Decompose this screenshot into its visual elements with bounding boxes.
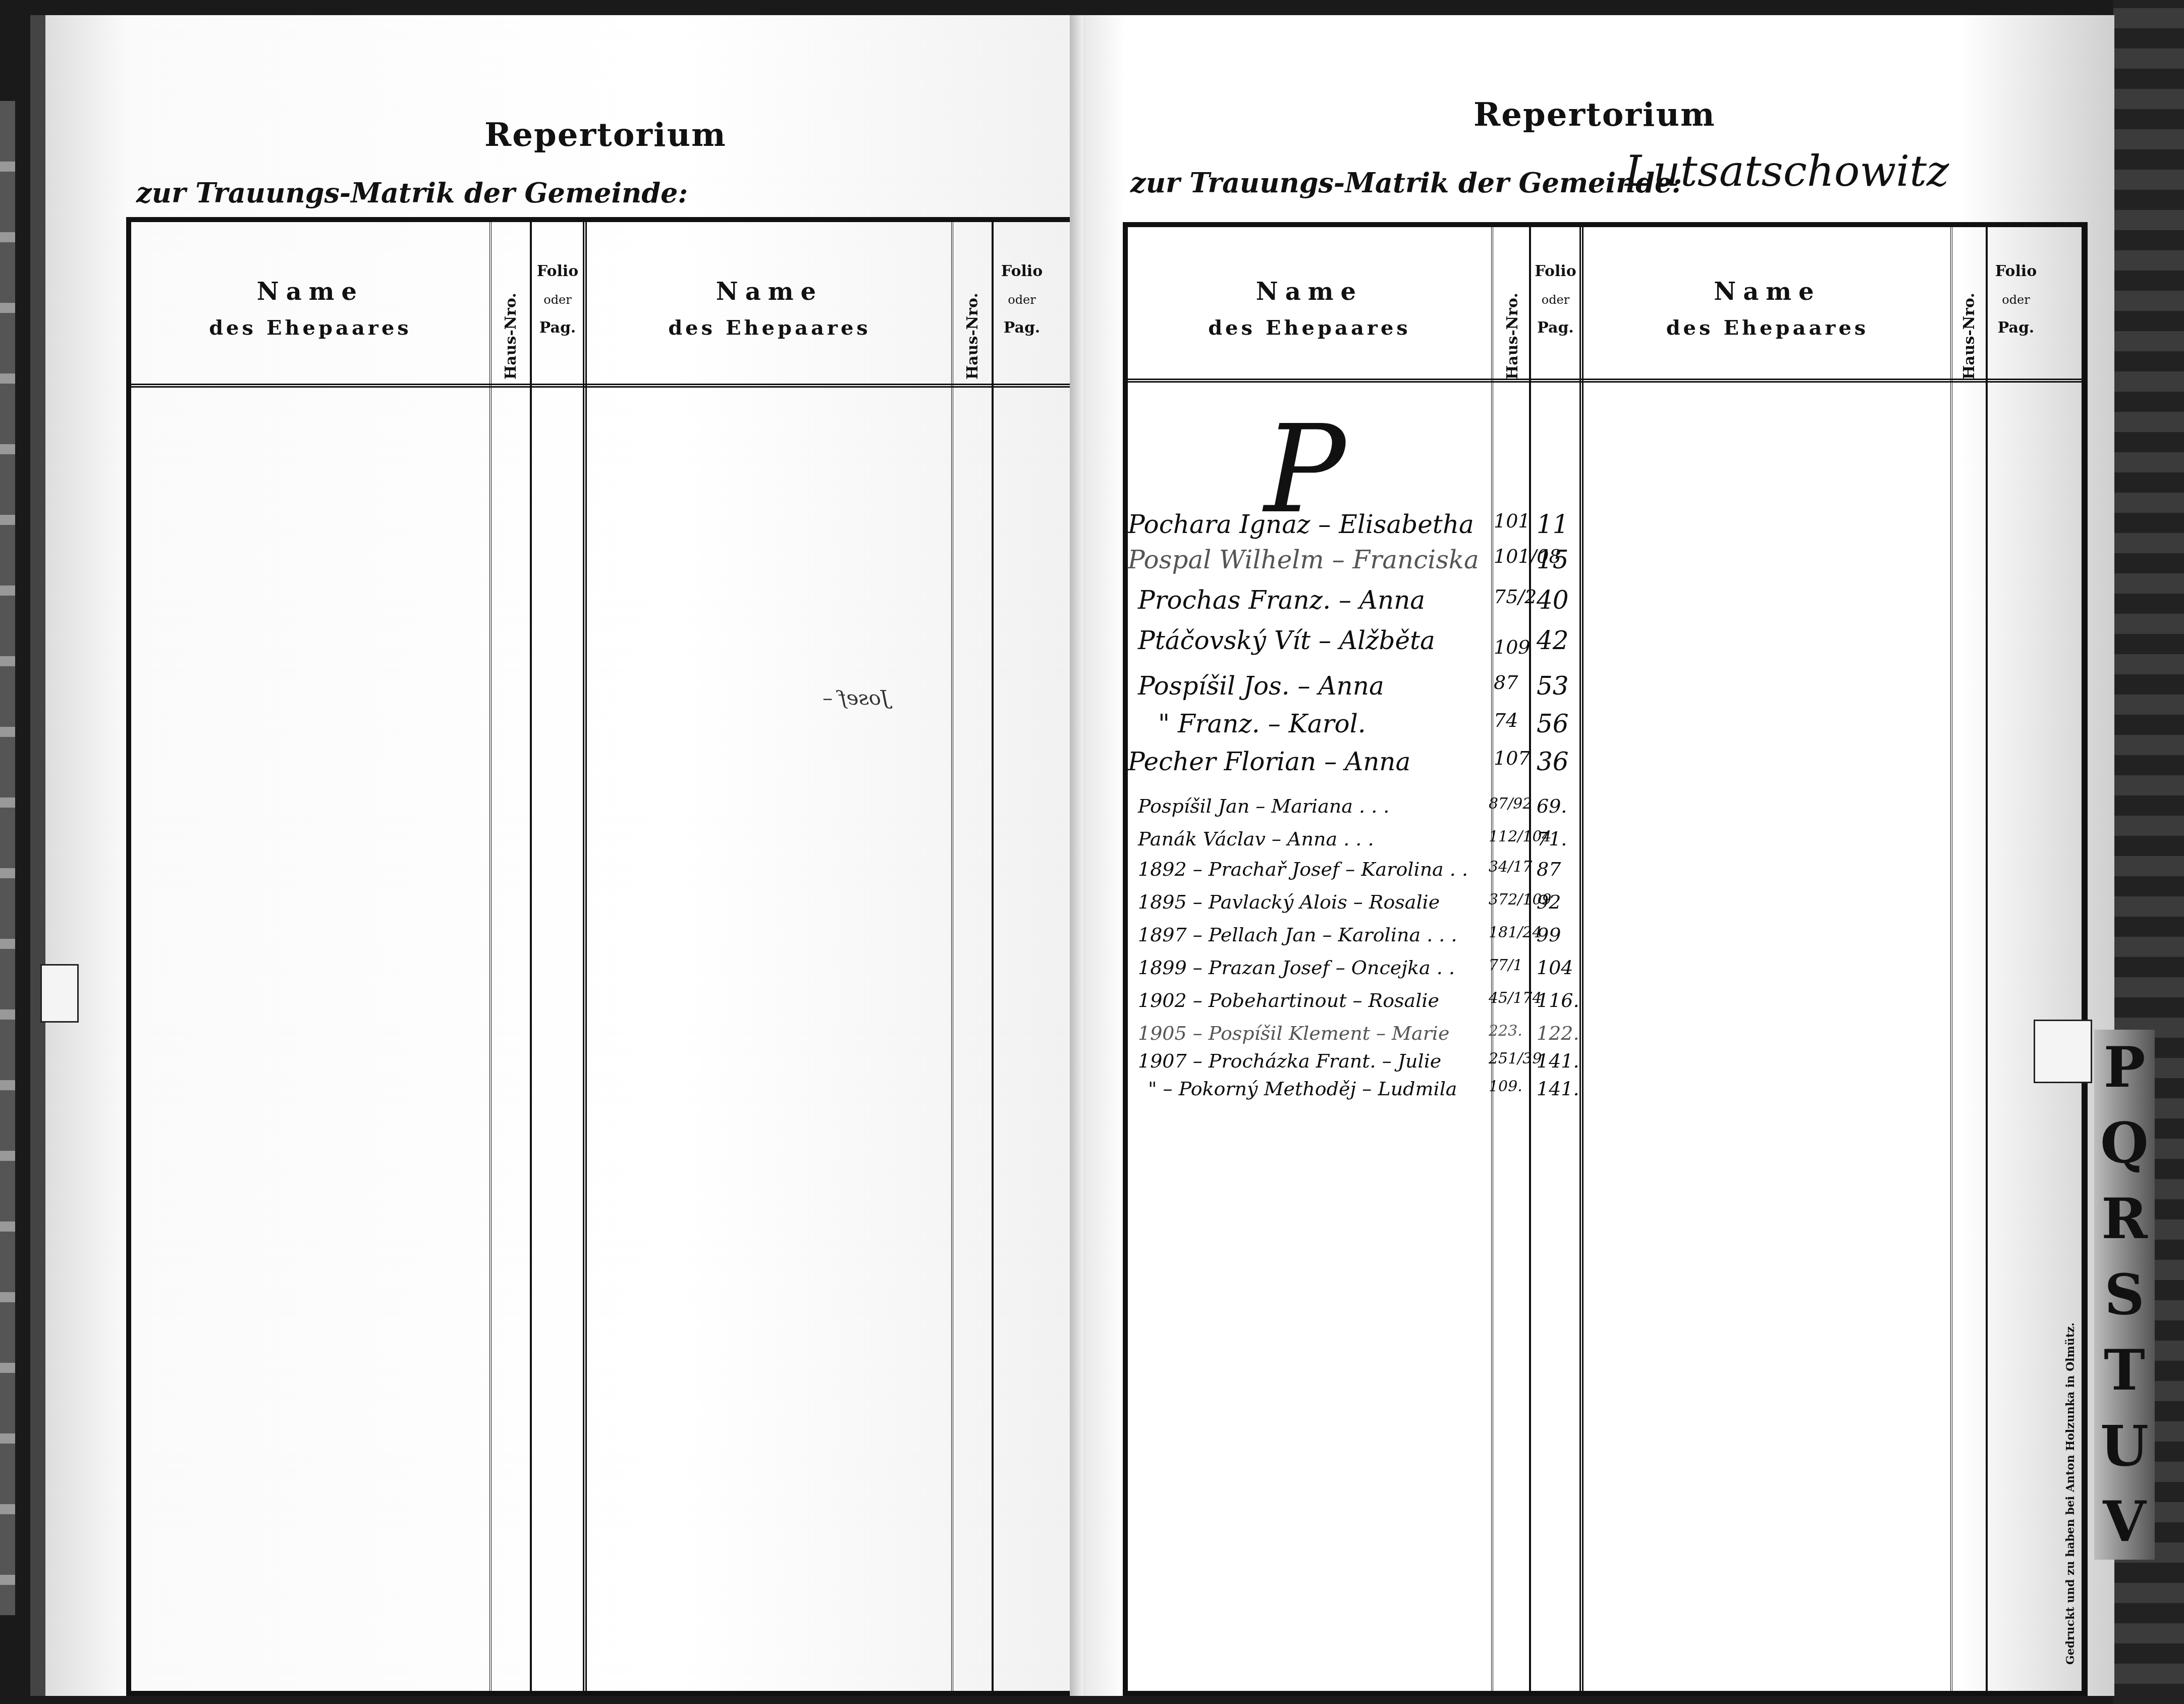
column-header-folio-2: Folio oder Pag. (1988, 257, 2044, 342)
column-header-haus: Haus-Nro. (502, 293, 520, 380)
printer-imprint: Gedruckt und zu haben bei Anton Holzunka… (2064, 1322, 2077, 1665)
col-divider (1529, 227, 1531, 1691)
entry-folio: 99 (1537, 924, 1561, 946)
entry-name: 1892 – Prachař Josef – Karolina . . (1138, 858, 1468, 880)
alphabet-index-tabs: P Q R S T U V (2094, 1030, 2155, 1560)
oder-label: oder (532, 286, 583, 314)
header-name-sublabel: des Ehepaares (1128, 316, 1491, 340)
entry-name: 1902 – Pobehartinout – Rosalie (1138, 989, 1439, 1011)
pag-label: Pag. (532, 314, 583, 342)
left-page: Repertorium zur Trauungs-Matrik der Geme… (30, 15, 1100, 1696)
bleed-through-text: Josef – (823, 686, 889, 710)
page-title: Repertorium (484, 116, 727, 154)
folio-label: Folio (1988, 257, 2044, 286)
entry-folio: 92 (1537, 891, 1561, 913)
header-name-label: Name (1585, 278, 1950, 306)
entry-folio: 36 (1537, 747, 1569, 776)
oder-label: oder (994, 286, 1050, 314)
col-divider (583, 222, 590, 1691)
entry-haus: 75/2 (1494, 585, 1537, 608)
col-divider (1579, 227, 1587, 1691)
left-book-edge (0, 101, 15, 1615)
entry-haus: 109. (1489, 1078, 1522, 1095)
index-tab-p[interactable]: P (2094, 1030, 2155, 1105)
entry-haus: 34/17 (1489, 858, 1532, 876)
entry-name: Pospal Wilhelm – Franciska (1128, 545, 1479, 574)
entry-folio: 122. (1537, 1022, 1579, 1044)
header-name-sublabel: des Ehepaares (131, 316, 489, 340)
register-table: Name des Ehepaares Haus-Nro. Folio oder … (1123, 222, 2088, 1696)
oder-label: oder (1988, 286, 2044, 314)
pag-label: Pag. (994, 314, 1050, 342)
column-header-name-2: Name des Ehepaares (1585, 278, 1950, 340)
column-header-name: Name des Ehepaares (1128, 278, 1491, 340)
folio-label: Folio (994, 257, 1050, 286)
entry-haus: 101 (1494, 510, 1531, 532)
header-name-sublabel: des Ehepaares (588, 316, 951, 340)
entry-name: 1905 – Pospíšil Klement – Marie (1138, 1022, 1449, 1044)
entry-haus: 109 (1494, 636, 1531, 658)
entry-name: 1895 – Pavlacký Alois – Rosalie (1138, 891, 1440, 913)
col-divider (1950, 227, 1955, 1691)
column-header-haus-2: Haus-Nro. (964, 293, 981, 380)
entry-haus: 223. (1489, 1022, 1522, 1040)
entry-haus: 87 (1494, 671, 1518, 694)
register-table: Name des Ehepaares Haus-Nro. Folio oder … (126, 217, 1086, 1696)
column-header-folio: Folio oder Pag. (1532, 257, 1579, 342)
entry-folio: 116. (1537, 989, 1579, 1011)
column-header-haus-2: Haus-Nro. (1960, 293, 1978, 380)
column-header-haus: Haus-Nro. (1504, 293, 1521, 380)
entry-folio: 42 (1537, 626, 1569, 655)
column-header-folio-2: Folio oder Pag. (994, 257, 1050, 342)
header-name-label: Name (588, 278, 951, 306)
right-page: Repertorium zur Trauungs-Matrik der Geme… (1085, 15, 2114, 1696)
entry-folio: 15 (1537, 545, 1569, 574)
entry-name: Prochas Franz. – Anna (1138, 585, 1425, 615)
page-marker-tab (40, 964, 79, 1023)
entry-name: Panák Václav – Anna . . . (1138, 828, 1374, 850)
entry-folio: 87 (1537, 858, 1561, 880)
index-tab-v[interactable]: V (2094, 1484, 2155, 1560)
column-header-name-2: Name des Ehepaares (588, 278, 951, 340)
col-divider (530, 222, 532, 1691)
header-divider (1128, 379, 2082, 386)
entry-name: 1899 – Prazan Josef – Oncejka . . (1138, 956, 1455, 979)
entry-name: 1897 – Pellach Jan – Karolina . . . (1138, 924, 1457, 946)
header-divider (131, 384, 1080, 391)
header-name-sublabel: des Ehepaares (1585, 316, 1950, 340)
page-title: Repertorium (1473, 96, 1716, 134)
entry-folio: 141. (1537, 1050, 1579, 1072)
entry-name: Pecher Florian – Anna (1128, 747, 1410, 776)
entry-haus: 87/92 (1489, 795, 1532, 813)
index-tab-r[interactable]: R (2094, 1181, 2155, 1257)
page-marker-tab (2034, 1020, 2092, 1083)
page-subtitle: zur Trauungs-Matrik der Gemeinde: (1130, 167, 1682, 199)
entry-haus: 251/39 (1489, 1050, 1542, 1068)
entry-name: Pospíšil Jos. – Anna (1138, 671, 1384, 701)
entry-folio: 71. (1537, 828, 1567, 850)
entry-haus: 107 (1494, 747, 1531, 769)
index-tab-t[interactable]: T (2094, 1333, 2155, 1408)
entry-name: 1907 – Procházka Frant. – Julie (1138, 1050, 1441, 1072)
entry-folio: 53 (1537, 671, 1569, 701)
header-name-label: Name (131, 278, 489, 306)
header-name-label: Name (1128, 278, 1491, 306)
index-tab-q[interactable]: Q (2094, 1105, 2155, 1181)
index-tab-s[interactable]: S (2094, 1257, 2155, 1333)
entry-haus: 181/24 (1489, 924, 1542, 941)
entry-haus: 77/1 (1489, 956, 1522, 974)
entry-name: " – Pokorný Methoděj – Ludmila (1148, 1078, 1457, 1100)
column-header-folio: Folio oder Pag. (532, 257, 583, 342)
col-divider (1986, 227, 1988, 1691)
folio-label: Folio (1532, 257, 1579, 286)
col-divider (489, 222, 495, 1691)
column-header-name: Name des Ehepaares (131, 278, 489, 340)
folio-label: Folio (532, 257, 583, 286)
col-divider (992, 222, 994, 1691)
entry-folio: 11 (1537, 510, 1569, 539)
entry-haus: 45/174 (1489, 989, 1542, 1007)
entry-name: Ptáčovský Vít – Alžběta (1138, 626, 1435, 655)
col-divider (951, 222, 956, 1691)
entry-name: " Franz. – Karol. (1158, 709, 1366, 738)
index-tab-u[interactable]: U (2094, 1408, 2155, 1484)
entry-folio: 141. (1537, 1078, 1579, 1100)
entry-name: Pospíšil Jan – Mariana . . . (1138, 795, 1389, 817)
page-subtitle: zur Trauungs-Matrik der Gemeinde: (136, 177, 688, 209)
oder-label: oder (1532, 286, 1579, 314)
entry-name: Pochara Ignaz – Elisabetha (1128, 510, 1474, 539)
pag-label: Pag. (1988, 314, 2044, 342)
entry-folio: 104 (1537, 956, 1573, 979)
pag-label: Pag. (1532, 314, 1579, 342)
entry-haus: 74 (1494, 709, 1518, 731)
gemeinde-name: Lutsatschowitz (1625, 146, 1949, 196)
entry-folio: 56 (1537, 709, 1569, 738)
entry-folio: 69. (1537, 795, 1567, 817)
entry-folio: 40 (1537, 585, 1569, 615)
